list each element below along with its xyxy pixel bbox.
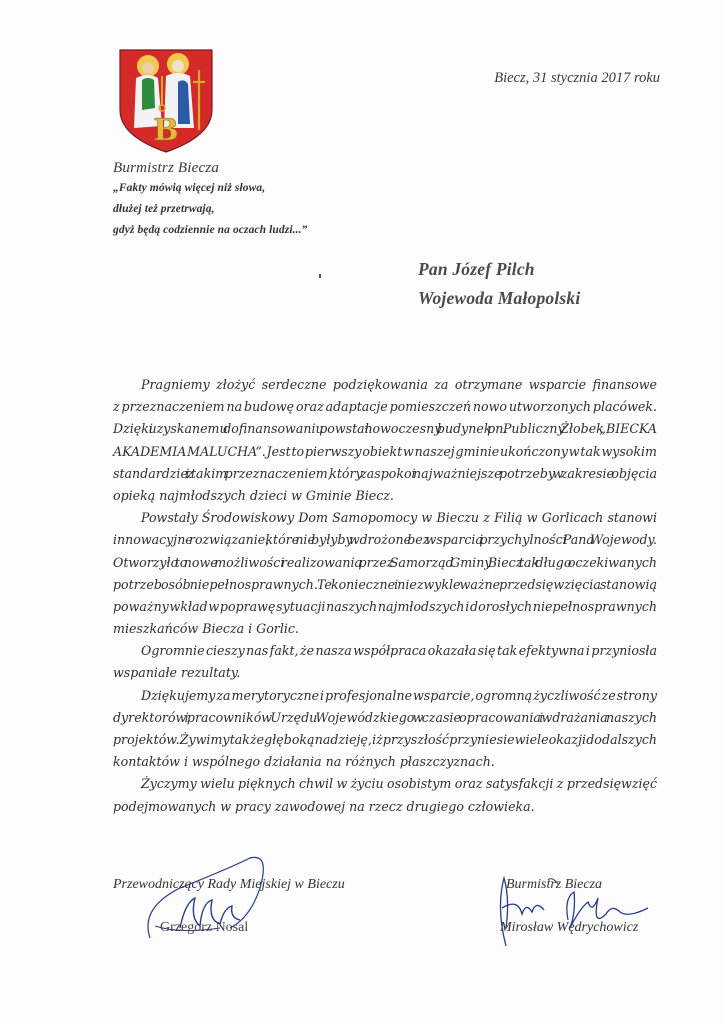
- signatory-right-title: Burmistrz Biecza: [506, 877, 602, 893]
- body-text-line: projektów. Żywimy także głęboką nadzieję…: [113, 729, 657, 751]
- body-text-line: Otworzyło to nowe możliwości realizowani…: [113, 552, 657, 574]
- body-text-line: poważny wkład w poprawę sytuacji naszych…: [113, 596, 657, 618]
- body-text-line: z przeznaczeniem na budowę oraz adaptacj…: [113, 396, 657, 418]
- body-text-line: Powstały Środowiskowy Dom Samopomocy w B…: [113, 507, 657, 529]
- body-text-line: Życzymy wielu pięknych chwil w życiu oso…: [113, 773, 657, 795]
- scan-artifact: [319, 274, 321, 278]
- recipient-title: Wojewoda Małopolski: [418, 284, 580, 313]
- body-text-line: Dziękujemy za merytoryczne i profesjonal…: [113, 685, 657, 707]
- signatory-left-title: Przewodniczący Rady Miejskiej w Bieczu: [113, 877, 345, 893]
- body-text-line: innowacyjne rozwiązanie, które nie byłyb…: [113, 529, 657, 551]
- body-text-line: mieszkańców Biecza i Gorlic.: [113, 618, 657, 640]
- body-text-line: dyrektorów i pracowników Urzędu Wojewódz…: [113, 707, 657, 729]
- recipient-block: Pan Józef Pilch Wojewoda Małopolski: [418, 255, 580, 313]
- body-text-line: Ogromnie cieszy nas fakt, że nasza współ…: [113, 640, 657, 662]
- recipient-name: Pan Józef Pilch: [418, 255, 580, 284]
- signatory-right-name: Mirosław Wędrychowicz: [500, 920, 638, 936]
- signatory-left-name: Grzegorz Nosal: [160, 920, 248, 936]
- letter-date: Biecz, 31 stycznia 2017 roku: [494, 70, 660, 87]
- motto-line: „Fakty mówią więcej niż słowa,: [113, 178, 307, 199]
- letter-body: Pragniemy złożyć serdeczne podziękowania…: [113, 374, 657, 818]
- motto-line: dłużej też przetrwają,: [113, 199, 307, 220]
- body-text-line: kontaktów i wspólnego działania na różny…: [113, 751, 657, 773]
- body-text-line: wspaniałe rezultaty.: [113, 662, 657, 684]
- body-text-line: AKADEMIA MALUCHA”. Jest to pierwszy obie…: [113, 441, 657, 463]
- office-title: Burmistrz Biecza: [113, 158, 307, 178]
- svg-text:B: B: [153, 113, 178, 148]
- letterhead: Burmistrz Biecza „Fakty mówią więcej niż…: [113, 158, 307, 241]
- body-text-line: opieką najmłodszych dzieci w Gminie Biec…: [113, 485, 657, 507]
- body-text-line: Pragniemy złożyć serdeczne podziękowania…: [113, 374, 657, 396]
- body-text-line: Dzięki uzyskanemu dofinansowaniu powstał…: [113, 418, 657, 440]
- biecz-coat-of-arms-icon: B: [118, 48, 214, 154]
- body-text-line: potrzeb osób niepełnosprawnych. Te konie…: [113, 574, 657, 596]
- letter-page: B Burmistrz Biecza „Fakty mówią więcej n…: [0, 0, 724, 1024]
- body-text-line: standardzie i z takim przeznaczeniem, kt…: [113, 463, 657, 485]
- body-text-line: podejmowanych w pracy zawodowej na rzecz…: [113, 796, 657, 818]
- motto-line: gdyż będą codziennie na oczach ludzi...”: [113, 220, 307, 241]
